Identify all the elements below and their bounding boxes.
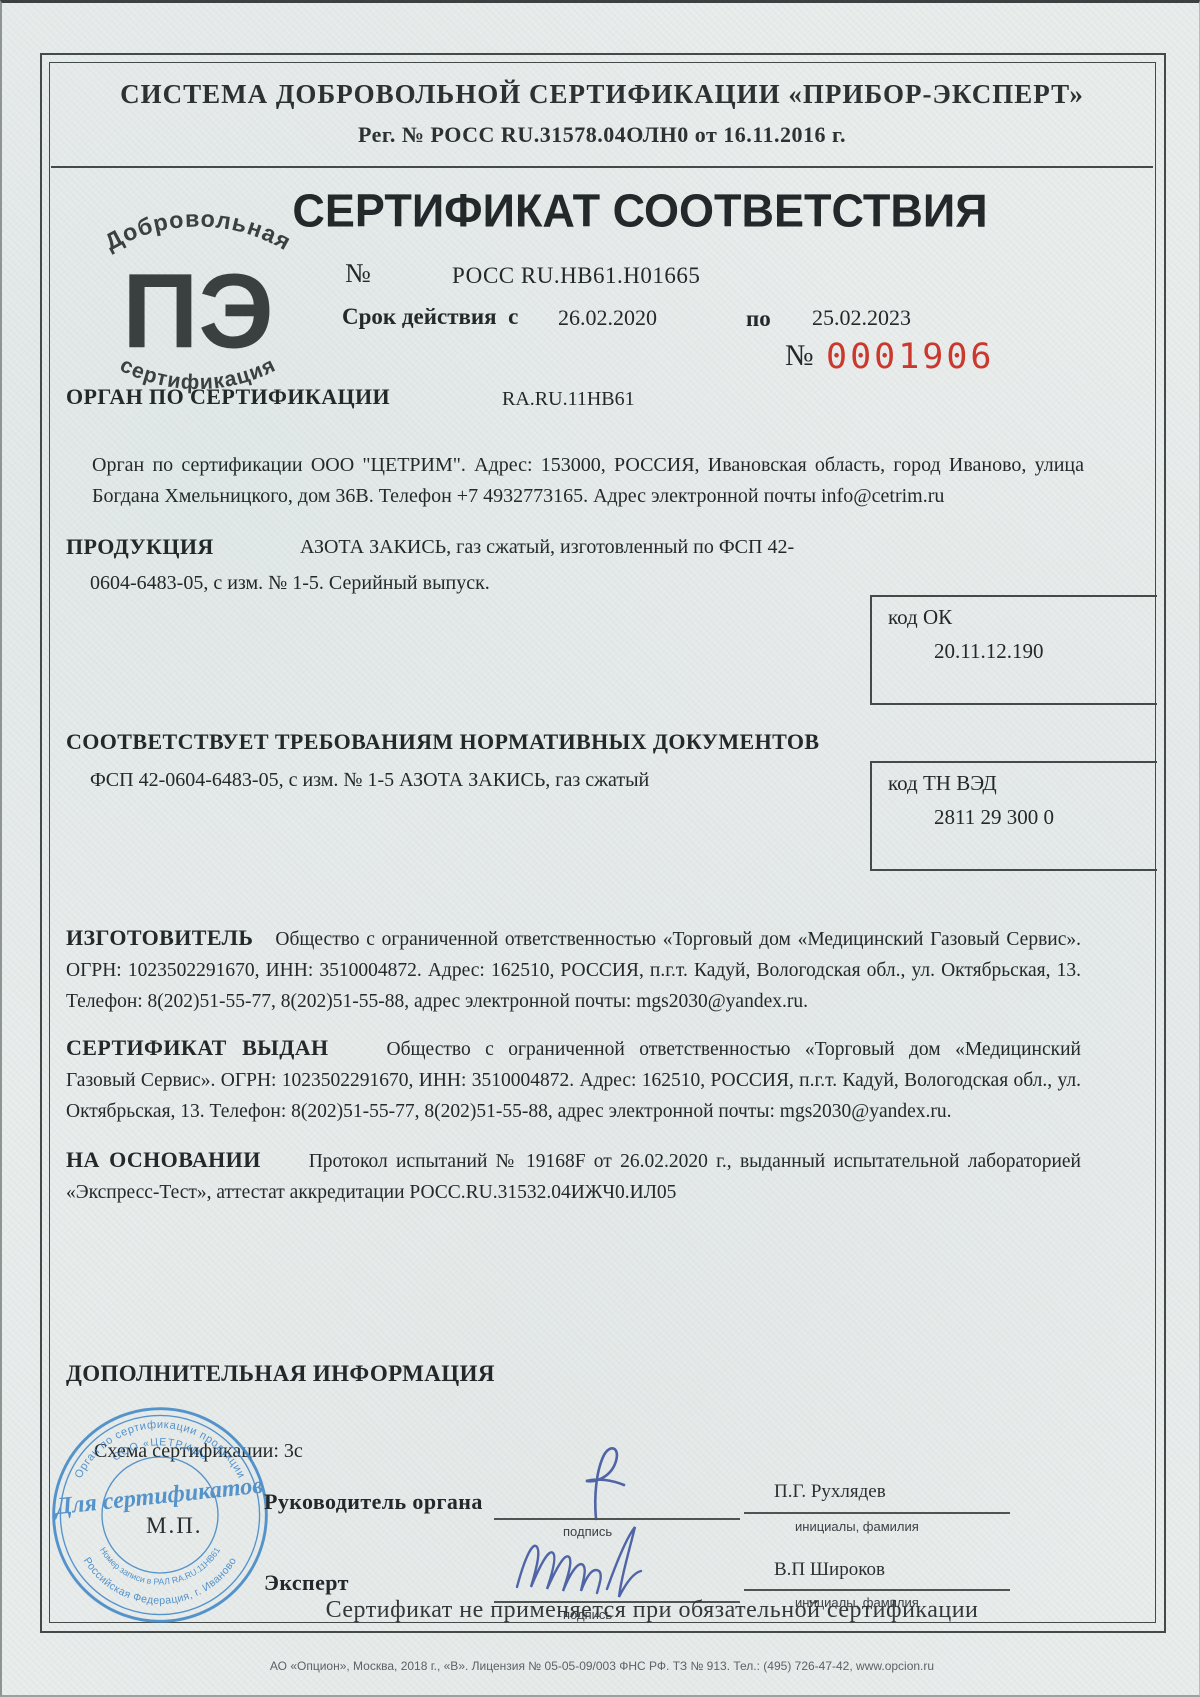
manufacturer-heading: ИЗГОТОВИТЕЛЬ [66, 925, 253, 950]
cert-number-label: № [345, 258, 371, 289]
issued-to-paragraph: СЕРТИФИКАТ ВЫДАНОбщество с ограниченной … [66, 1032, 1081, 1127]
svg-text:Номер записи в РАЛ RA.RU.11НВ6: Номер записи в РАЛ RA.RU.11НВ61 [98, 1545, 222, 1586]
expert-name-line [744, 1589, 1010, 1591]
form-number-value: 0001906 [826, 337, 995, 377]
certification-body-code: RA.RU.11НВ61 [502, 388, 635, 411]
ok-code-value: 20.11.12.190 [934, 639, 1043, 664]
certification-body-heading: ОРГАН ПО СЕРТИФИКАЦИИ [66, 384, 390, 410]
head-role-label: Руководитель органа [264, 1489, 483, 1515]
basis-heading: НА ОСНОВАНИИ [66, 1147, 261, 1172]
header-divider [51, 166, 1153, 168]
issued-to-heading: СЕРТИФИКАТ ВЫДАН [66, 1035, 329, 1060]
cert-number-value: РОСС RU.НВ61.Н01665 [452, 263, 700, 289]
certificate-page: СИСТЕМА ДОБРОВОЛЬНОЙ СЕРТИФИКАЦИИ «ПРИБО… [0, 0, 1200, 1697]
compliance-text: ФСП 42-0604-6483-05, с изм. № 1-5 АЗОТА … [90, 769, 649, 792]
head-name-line [744, 1512, 1010, 1514]
certification-body-details: Орган по сертификации ООО "ЦЕТРИМ". Адре… [92, 450, 1084, 512]
head-signature-caption: подпись [563, 1524, 612, 1539]
compliance-heading: СООТВЕТСТВУЕТ ТРЕБОВАНИЯМ НОРМАТИВНЫХ ДО… [66, 729, 819, 755]
head-name-caption: инициалы, фамилия [795, 1519, 919, 1534]
expert-role-label: Эксперт [264, 1570, 349, 1596]
basis-paragraph: НА ОСНОВАНИИПротокол испытаний № 19168F … [66, 1144, 1081, 1208]
form-number-label: № [785, 339, 814, 373]
mandatory-certification-note: Сертификат не применяется при обязательн… [152, 1597, 1152, 1624]
system-name: СИСТЕМА ДОБРОВОЛЬНОЙ СЕРТИФИКАЦИИ «ПРИБО… [62, 79, 1142, 110]
validity-to-label: по [746, 306, 771, 332]
ok-code-box: код ОК 20.11.12.190 [870, 595, 1157, 705]
manufacturer-paragraph: ИЗГОТОВИТЕЛЬОбщество с ограниченной отве… [66, 922, 1081, 1017]
product-heading: ПРОДУКЦИЯ [66, 534, 214, 560]
tnved-code-value: 2811 29 300 0 [934, 805, 1054, 830]
stamp-inner-circle [102, 1457, 218, 1573]
printing-house-imprint: АО «Опцион», Москва, 2018 г., «В». Лицен… [102, 1659, 1102, 1673]
svg-text:Добровольная: Добровольная [100, 205, 296, 255]
expert-name: В.П Широков [774, 1559, 885, 1581]
tnved-code-label: код ТН ВЭД [888, 771, 997, 796]
tnved-code-box: код ТН ВЭД 2811 29 300 0 [870, 761, 1157, 871]
system-reg-number: Рег. № РОСС RU.31578.04ОЛН0 от 16.11.201… [62, 122, 1142, 148]
product-line1: АЗОТА ЗАКИСЬ, газ сжатый, изготовленный … [300, 536, 794, 559]
certificate-title: СЕРТИФИКАТ СООТВЕТСТВИЯ [270, 184, 1010, 238]
head-signature [532, 1441, 662, 1527]
head-signature-line [494, 1518, 740, 1520]
validity-from: 26.02.2020 [558, 305, 657, 331]
ok-code-label: код ОК [888, 605, 952, 630]
additional-info-heading: ДОПОЛНИТЕЛЬНАЯ ИНФОРМАЦИЯ [66, 1361, 495, 1387]
stamp-ring-inner-top: ООО «ЦЕТРИМ» [110, 1436, 210, 1463]
logo-monogram: ПЭ [122, 252, 274, 370]
head-name: П.Г. Рухлядев [774, 1481, 886, 1503]
validity-to: 25.02.2023 [812, 305, 911, 331]
stamp-ring-inner-bottom: Номер записи в РАЛ RA.RU.11НВ61 [98, 1545, 222, 1586]
validity-label: Срок действия с [342, 304, 518, 330]
logo-arc-top: Добровольная [100, 205, 296, 255]
svg-text:ООО «ЦЕТРИМ»: ООО «ЦЕТРИМ» [110, 1436, 210, 1463]
product-line2: 0604-6483-05, с изм. № 1-5. Серийный вып… [90, 572, 490, 595]
